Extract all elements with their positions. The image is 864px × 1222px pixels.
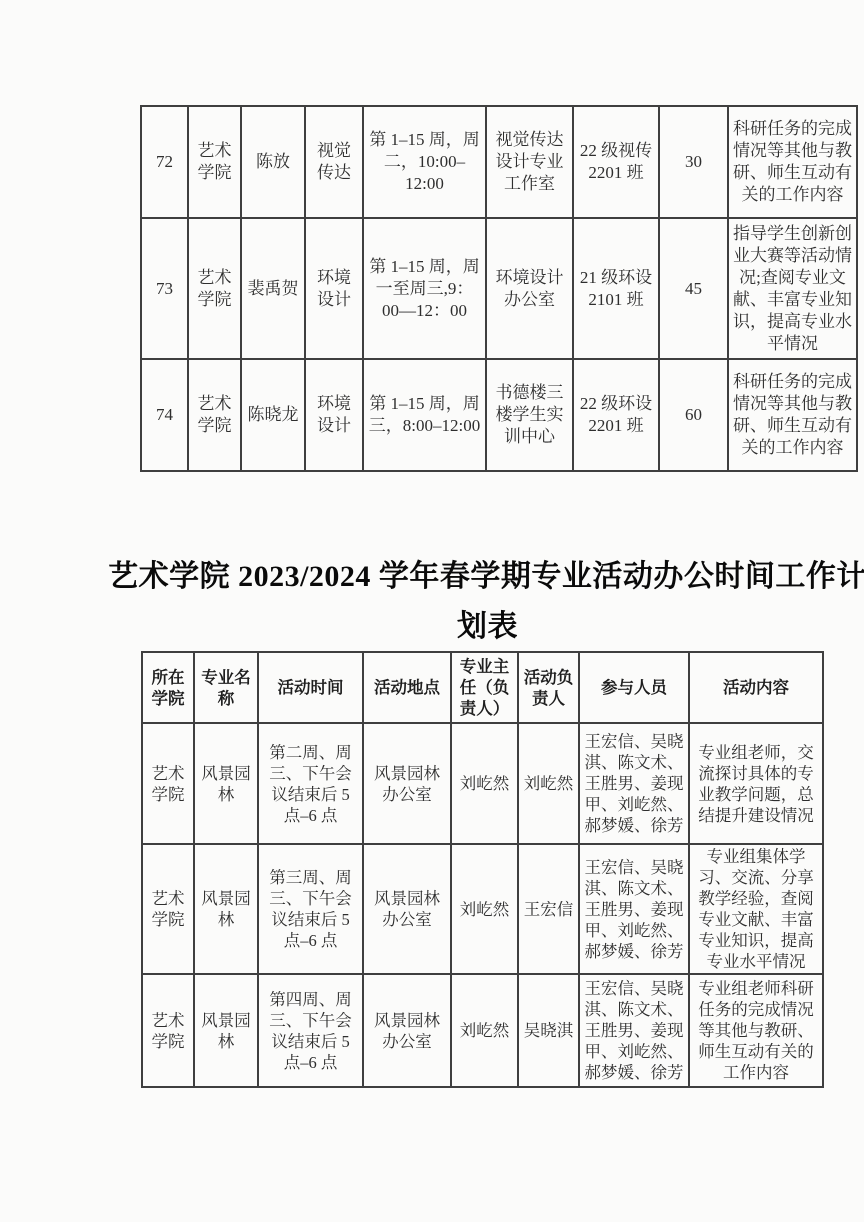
activity-time-cell: 第三周、周三、下午会议结束后 5 点–6 点 <box>258 844 363 974</box>
content-cell: 科研任务的完成情况等其他与教研、师生互动有关的工作内容 <box>728 106 857 218</box>
major-name-cell: 风景园林 <box>194 844 258 974</box>
table-row: 艺术学院 风景园林 第三周、周三、下午会议结束后 5 点–6 点 风景园林办公室… <box>142 844 823 974</box>
director-cell: 刘屹然 <box>451 844 518 974</box>
count-cell: 30 <box>659 106 728 218</box>
table-row: 73 艺术学院 裴禹贺 环境设计 第 1–15 周，周一至周三,9：00—12：… <box>141 218 857 359</box>
activity-leader-cell: 王宏信 <box>518 844 579 974</box>
major-name-cell: 风景园林 <box>194 974 258 1087</box>
major-cell: 视觉传达 <box>305 106 363 218</box>
header-activity-time: 活动时间 <box>258 652 363 723</box>
participants-cell: 王宏信、吴晓淇、陈文术、王胜男、姜现甲、刘屹然、郝梦媛、徐芳 <box>579 844 689 974</box>
activity-content-cell: 专业组老师，交流探讨具体的专业教学问题，总结提升建设情况 <box>689 723 823 844</box>
count-cell: 45 <box>659 218 728 359</box>
activity-content-cell: 专业组集体学习、交流、分享教学经验，查阅专业文献、丰富专业知识，提高专业水平情况 <box>689 844 823 974</box>
teacher-name-cell: 裴禹贺 <box>241 218 305 359</box>
table-row: 74 艺术学院 陈晓龙 环境设计 第 1–15 周，周三，8:00–12:00 … <box>141 359 857 471</box>
college-cell: 艺术学院 <box>188 359 241 471</box>
location-cell: 环境设计办公室 <box>486 218 573 359</box>
plan-table: 所在学院 专业名称 活动时间 活动地点 专业主任（负责人） 活动负责人 参与人员… <box>141 651 824 1088</box>
header-participants: 参与人员 <box>579 652 689 723</box>
row-number-cell: 74 <box>141 359 188 471</box>
header-major-name: 专业名称 <box>194 652 258 723</box>
table-row: 72 艺术学院 陈放 视觉传达 第 1–15 周，周二，10:00–12:00 … <box>141 106 857 218</box>
teacher-name-cell: 陈晓龙 <box>241 359 305 471</box>
class-cell: 21 级环设 2101 班 <box>573 218 659 359</box>
header-director: 专业主任（负责人） <box>451 652 518 723</box>
table-row: 艺术学院 风景园林 第二周、周三、下午会议结束后 5 点–6 点 风景园林办公室… <box>142 723 823 844</box>
class-cell: 22 级视传 2201 班 <box>573 106 659 218</box>
college-cell: 艺术学院 <box>188 218 241 359</box>
header-activity-location: 活动地点 <box>363 652 451 723</box>
header-activity-content: 活动内容 <box>689 652 823 723</box>
page-title: 艺术学院 2023/2024 学年春学期专业活动办公时间工作计划表 <box>100 552 864 652</box>
time-cell: 第 1–15 周，周三，8:00–12:00 <box>363 359 486 471</box>
time-cell: 第 1–15 周，周二，10:00–12:00 <box>363 106 486 218</box>
activity-location-cell: 风景园林办公室 <box>363 974 451 1087</box>
class-cell: 22 级环设 2201 班 <box>573 359 659 471</box>
time-cell: 第 1–15 周，周一至周三,9：00—12：00 <box>363 218 486 359</box>
row-number-cell: 72 <box>141 106 188 218</box>
director-cell: 刘屹然 <box>451 974 518 1087</box>
table-row: 艺术学院 风景园林 第四周、周三、下午会议结束后 5 点–6 点 风景园林办公室… <box>142 974 823 1087</box>
college-cell: 艺术学院 <box>142 974 194 1087</box>
table-header-row: 所在学院 专业名称 活动时间 活动地点 专业主任（负责人） 活动负责人 参与人员… <box>142 652 823 723</box>
college-cell: 艺术学院 <box>188 106 241 218</box>
content-cell: 科研任务的完成情况等其他与教研、师生互动有关的工作内容 <box>728 359 857 471</box>
major-cell: 环境设计 <box>305 218 363 359</box>
college-cell: 艺术学院 <box>142 723 194 844</box>
header-activity-leader: 活动负责人 <box>518 652 579 723</box>
college-cell: 艺术学院 <box>142 844 194 974</box>
count-cell: 60 <box>659 359 728 471</box>
activity-time-cell: 第二周、周三、下午会议结束后 5 点–6 点 <box>258 723 363 844</box>
location-cell: 视觉传达设计专业工作室 <box>486 106 573 218</box>
teacher-name-cell: 陈放 <box>241 106 305 218</box>
activity-leader-cell: 吴晓淇 <box>518 974 579 1087</box>
row-number-cell: 73 <box>141 218 188 359</box>
director-cell: 刘屹然 <box>451 723 518 844</box>
header-college: 所在学院 <box>142 652 194 723</box>
participants-cell: 王宏信、吴晓淇、陈文术、王胜男、姜现甲、刘屹然、郝梦媛、徐芳 <box>579 723 689 844</box>
participants-cell: 王宏信、吴晓淇、陈文术、王胜男、姜现甲、刘屹然、郝梦媛、徐芳 <box>579 974 689 1087</box>
location-cell: 书德楼三楼学生实训中心 <box>486 359 573 471</box>
activity-content-cell: 专业组老师科研任务的完成情况等其他与教研、师生互动有关的工作内容 <box>689 974 823 1087</box>
major-cell: 环境设计 <box>305 359 363 471</box>
schedule-table-continued: 72 艺术学院 陈放 视觉传达 第 1–15 周，周二，10:00–12:00 … <box>140 105 858 472</box>
activity-location-cell: 风景园林办公室 <box>363 844 451 974</box>
major-name-cell: 风景园林 <box>194 723 258 844</box>
activity-leader-cell: 刘屹然 <box>518 723 579 844</box>
content-cell: 指导学生创新创业大赛等活动情况;查阅专业文献、丰富专业知识，提高专业水平情况 <box>728 218 857 359</box>
activity-time-cell: 第四周、周三、下午会议结束后 5 点–6 点 <box>258 974 363 1087</box>
activity-location-cell: 风景园林办公室 <box>363 723 451 844</box>
